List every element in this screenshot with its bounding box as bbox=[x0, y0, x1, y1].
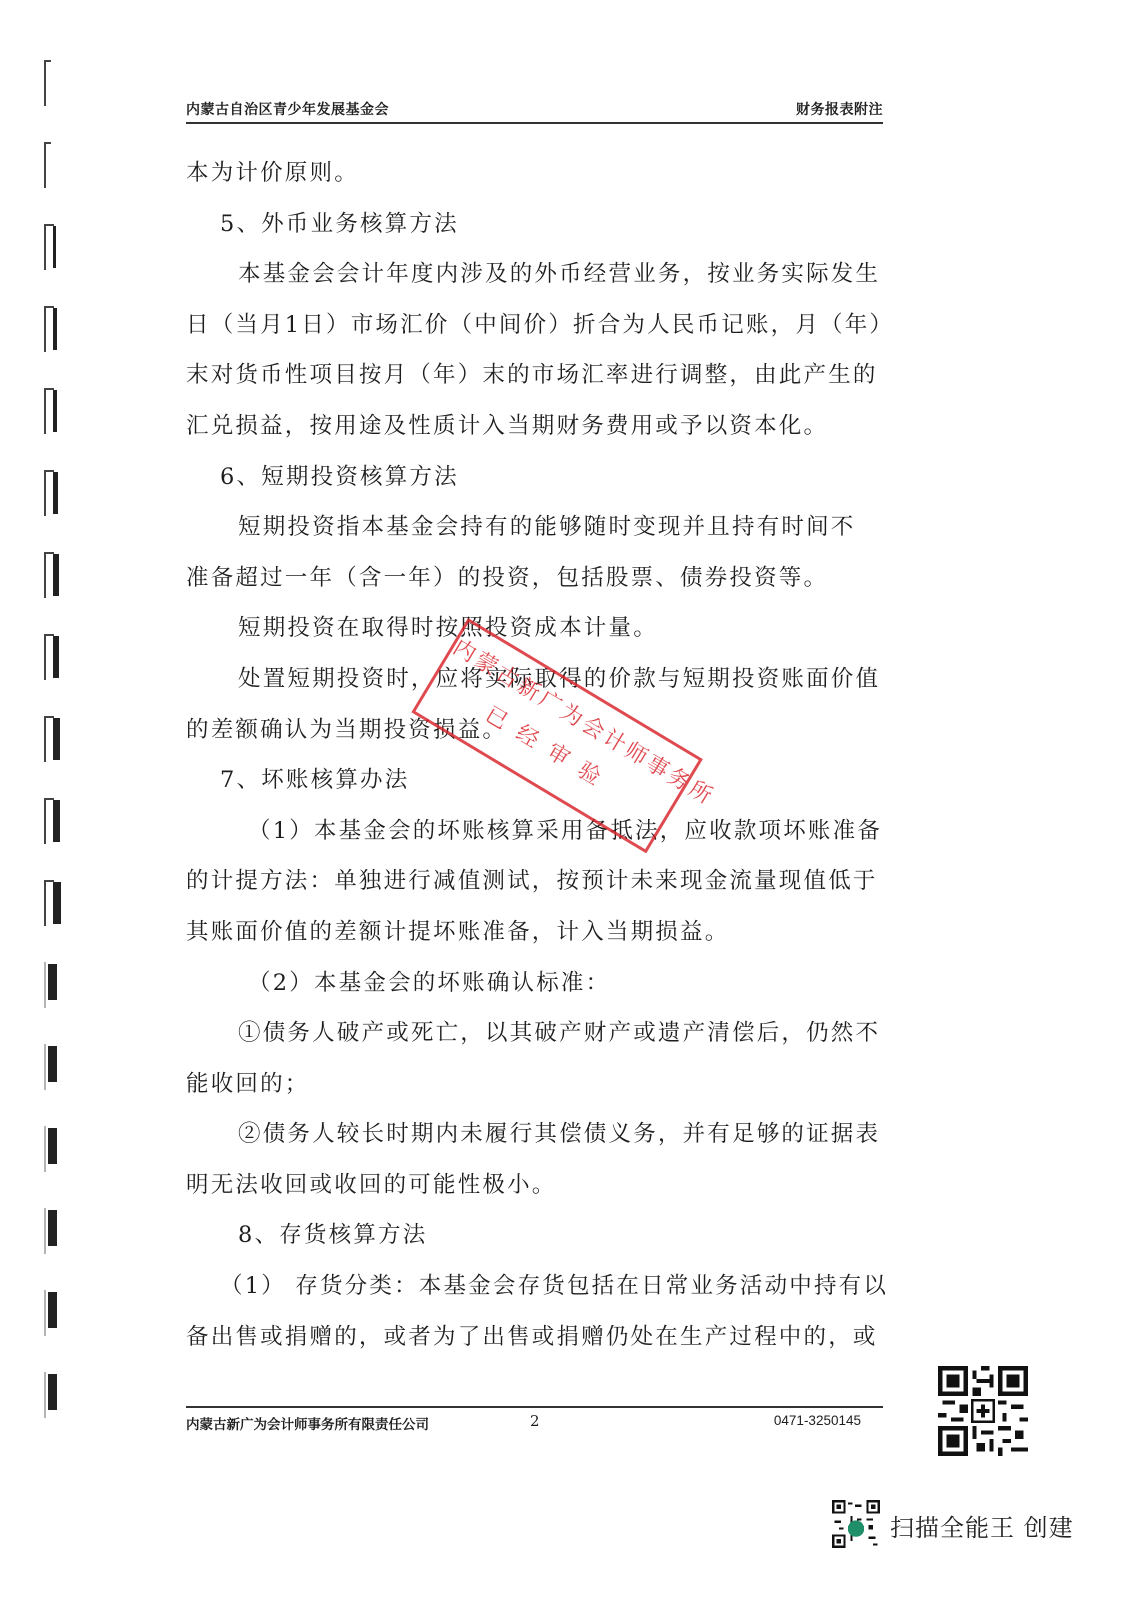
binding-mark bbox=[44, 1126, 58, 1172]
section-heading: 8、存货核算方法 bbox=[186, 1210, 886, 1261]
footer-firm: 内蒙古新广为会计师事务所有限责任公司 bbox=[186, 1413, 429, 1433]
qr-code-icon bbox=[937, 1366, 1029, 1456]
binding-mark bbox=[44, 880, 58, 926]
binding-mark bbox=[44, 306, 58, 352]
binding-mark bbox=[44, 1372, 58, 1418]
body-line: 日（当月1日）市场汇价（中间价）折合为人民币记账，月（年） bbox=[186, 300, 886, 351]
scanner-watermark: 扫描全能王 创建 bbox=[890, 1508, 1074, 1543]
body-line: 末对货币性项目按月（年）末的市场汇率进行调整，由此产生的 bbox=[186, 350, 886, 401]
body-line: 明无法收回或收回的可能性极小。 bbox=[186, 1160, 886, 1211]
binding-mark bbox=[44, 470, 58, 516]
page-number: 2 bbox=[530, 1412, 540, 1430]
scanner-app-qr-icon bbox=[830, 1500, 882, 1548]
body-line: ②债务人较长时期内未履行其偿债义务，并有足够的证据表 bbox=[186, 1109, 886, 1160]
binding-mark bbox=[44, 716, 58, 762]
binding-mark bbox=[44, 798, 58, 844]
body-line: 汇兑损益，按用途及性质计入当期财务费用或予以资本化。 bbox=[186, 401, 886, 452]
header-organization: 内蒙古自治区青少年发展基金会 bbox=[186, 99, 389, 119]
binding-mark bbox=[44, 60, 58, 106]
body-line: 能收回的； bbox=[186, 1059, 886, 1110]
page-footer: 内蒙古新广为会计师事务所有限责任公司 2 0471-3250145 bbox=[186, 1406, 883, 1434]
section-heading: 5、外币业务核算方法 bbox=[186, 199, 886, 250]
body-line: 的计提方法：单独进行减值测试，按预计未来现金流量现值低于 bbox=[186, 856, 886, 907]
body-line: 准备超过一年（含一年）的投资，包括股票、债券投资等。 bbox=[186, 553, 886, 604]
body-line: 本基金会会计年度内涉及的外币经营业务，按业务实际发生 bbox=[186, 249, 886, 300]
body-line: 短期投资指本基金会持有的能够随时变现并且持有时间不 bbox=[186, 502, 886, 553]
binding-mark bbox=[44, 552, 58, 598]
page-header: 内蒙古自治区青少年发展基金会 财务报表附注 bbox=[186, 96, 883, 124]
binding-mark bbox=[44, 142, 58, 188]
body-line: （1） 存货分类：本基金会存货包括在日常业务活动中持有以 bbox=[186, 1261, 886, 1312]
body-line: ①债务人破产或死亡，以其破产财产或遗产清偿后，仍然不 bbox=[186, 1008, 886, 1059]
body-line: 其账面价值的差额计提坏账准备，计入当期损益。 bbox=[186, 907, 886, 958]
binding-mark bbox=[44, 1290, 58, 1336]
binding-mark bbox=[44, 1208, 58, 1254]
body-line: 备出售或捐赠的，或者为了出售或捐赠仍处在生产过程中的，或 bbox=[186, 1312, 886, 1363]
binding-mark bbox=[44, 634, 58, 680]
body-line: 本为计价原则。 bbox=[186, 148, 886, 199]
binding-mark bbox=[44, 388, 58, 434]
body-line: 短期投资在取得时按照投资成本计量。 bbox=[186, 603, 886, 654]
binding-mark bbox=[44, 224, 58, 270]
body-line: （1）本基金会的坏账核算采用备抵法，应收款项坏账准备 bbox=[186, 806, 886, 857]
body-line: （2）本基金会的坏账确认标准： bbox=[186, 958, 886, 1009]
binding-mark bbox=[44, 962, 58, 1008]
section-heading: 6、短期投资核算方法 bbox=[186, 452, 886, 503]
binding-mark bbox=[44, 1044, 58, 1090]
header-document-type: 财务报表附注 bbox=[796, 99, 883, 119]
footer-phone: 0471-3250145 bbox=[774, 1413, 861, 1428]
